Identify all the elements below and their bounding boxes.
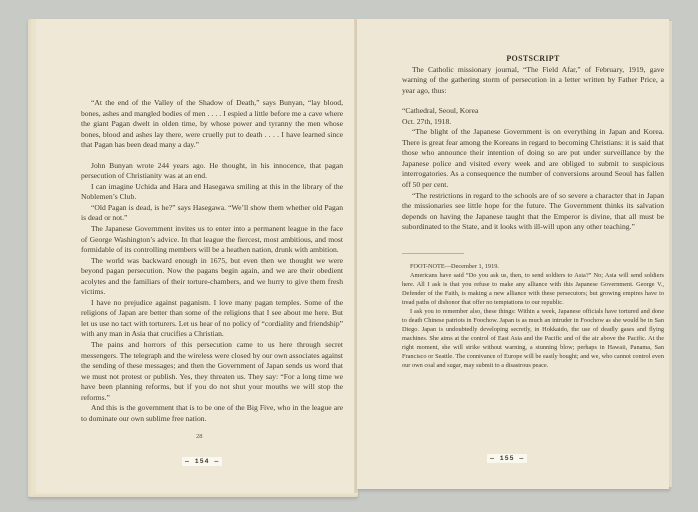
paragraph: “At the end of the Valley of the Shadow … — [81, 98, 343, 151]
paragraph: The Catholic missionary journal, “The Fi… — [402, 65, 664, 97]
original-folio: 28 — [196, 433, 203, 440]
paragraph: John Bunyan wrote 244 years ago. He thou… — [81, 161, 343, 182]
footnote-paragraph: I ask you to remember also, these things… — [402, 307, 664, 370]
footnote-title: FOOT-NOTE—December 1, 1919. — [402, 262, 664, 271]
section-heading: POSTSCRIPT — [402, 54, 664, 65]
left-page: “At the end of the Valley of the Shadow … — [36, 19, 356, 493]
paragraph: And this is the government that is to be… — [81, 403, 343, 424]
paragraph: “Old Pagan is dead, is he?” says Hasegaw… — [81, 203, 343, 224]
page-number-right: — 155 — — [487, 454, 527, 463]
paragraph: “The restrictions in regard to the schoo… — [402, 191, 664, 233]
paragraph: “The blight of the Japanese Government i… — [402, 127, 664, 190]
left-page-body: “At the end of the Valley of the Shadow … — [81, 98, 343, 424]
letter-dateline: “Cathedral, Seoul, Korea — [402, 106, 664, 117]
paragraph: The pains and horrors of this persecutio… — [81, 340, 343, 403]
right-page-body: POSTSCRIPT The Catholic missionary journ… — [402, 54, 664, 370]
footnote-paragraph: Americans have said “Do you ask us, then… — [402, 271, 664, 307]
footnote: FOOT-NOTE—December 1, 1919. Americans ha… — [402, 262, 664, 370]
paragraph: The world was backward enough in 1675, b… — [81, 256, 343, 298]
page-number-left: — 154 — — [182, 457, 222, 466]
right-page: POSTSCRIPT The Catholic missionary journ… — [357, 19, 669, 489]
right-page-edge — [669, 21, 672, 487]
paragraph: The Japanese Government invites us to en… — [81, 224, 343, 256]
footnote-rule — [402, 253, 464, 254]
letter-date: Oct. 27th, 1918. — [402, 117, 664, 128]
paragraph: I can imagine Uchida and Hara and Hasega… — [81, 182, 343, 203]
paragraph: I have no prejudice against paganism. I … — [81, 298, 343, 340]
